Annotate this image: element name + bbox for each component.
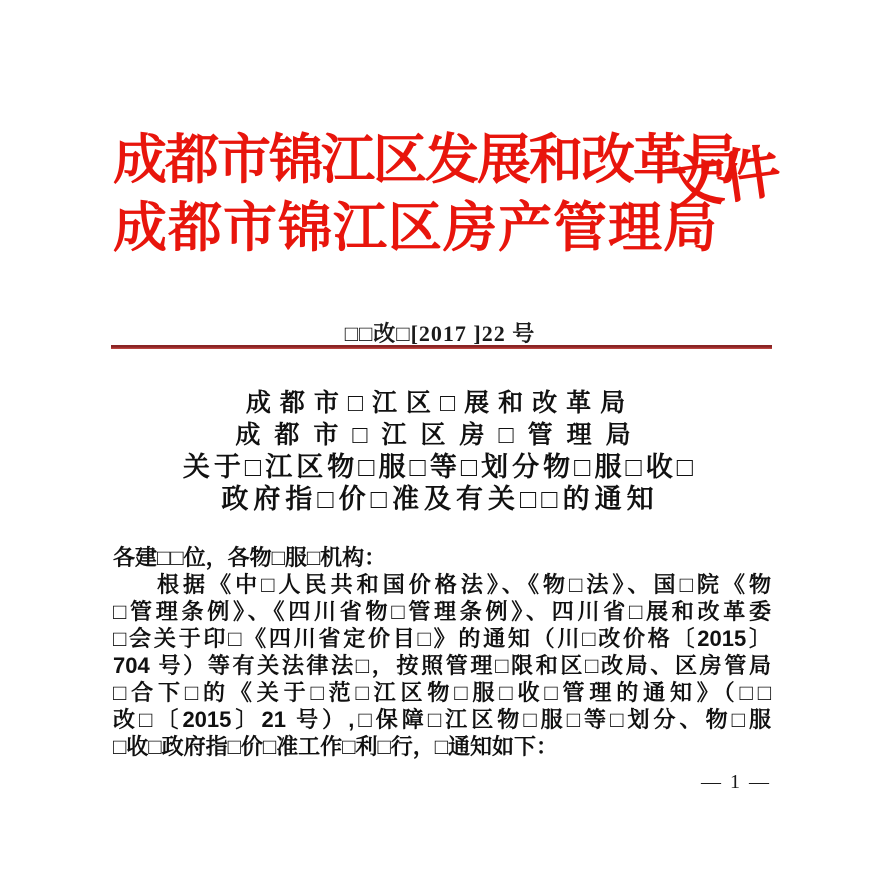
- paragraph-line: □管理条例》、《四川省物□管理条例》、四川省□展和改革委: [113, 598, 771, 625]
- document-reference-number: □□改□[2017 ]22 号: [0, 317, 880, 348]
- red-divider-rule: [111, 345, 772, 349]
- paragraph-line: 704 号）等有关法律法□，按照管理□限和区□改局、区房管局: [113, 652, 771, 679]
- paragraph-line: □会关于印□《四川省定价目□》的通知（川□改价格〔2015〕: [113, 625, 771, 652]
- body-text: 各建□□位，各物□服□机构： 根据《中□人民共和国价格法》、《物□法》、国□院《…: [113, 544, 771, 760]
- salutation-line: 各建□□位，各物□服□机构：: [113, 544, 771, 571]
- document-title: 成都市□江区□展和改革局 成都市□江区房□管理局 关于□江区物□服□等□划分物□…: [0, 387, 880, 515]
- org-name-line-1: 成都市锦江区发展和改革局: [113, 126, 665, 194]
- paragraph-line: □合下□的《关于□范□江区物□服□收□管理的通知》（□□: [113, 679, 771, 706]
- letterhead-document-suffix: 文件: [662, 142, 789, 216]
- paragraph-line: 根据《中□人民共和国价格法》、《物□法》、国□院《物: [113, 571, 771, 598]
- title-subject-line-1: 关于□江区物□服□等□划分物□服□收□: [0, 451, 880, 483]
- org-name-line-2: 成都市锦江区房产管理局: [113, 194, 665, 262]
- page-number: — 1 —: [113, 771, 771, 794]
- document-page: 成都市锦江区发展和改革局 成都市锦江区房产管理局 文件 □□改□[2017 ]2…: [0, 0, 880, 880]
- title-org-line-2: 成都市□江区房□管理局: [0, 419, 880, 451]
- title-org-line-1: 成都市□江区□展和改革局: [0, 387, 880, 419]
- letterhead: 成都市锦江区发展和改革局 成都市锦江区房产管理局 文件: [113, 126, 781, 276]
- paragraph-line: 改□〔2015〕21 号）,□保障□江区物□服□等□划分、物□服: [113, 706, 771, 733]
- title-subject-line-2: 政府指□价□准及有关□□的通知: [0, 483, 880, 515]
- issuing-organizations: 成都市锦江区发展和改革局 成都市锦江区房产管理局: [113, 126, 665, 262]
- paragraph-line: □收□政府指□价□准工作□利□行，□通知如下：: [113, 733, 771, 760]
